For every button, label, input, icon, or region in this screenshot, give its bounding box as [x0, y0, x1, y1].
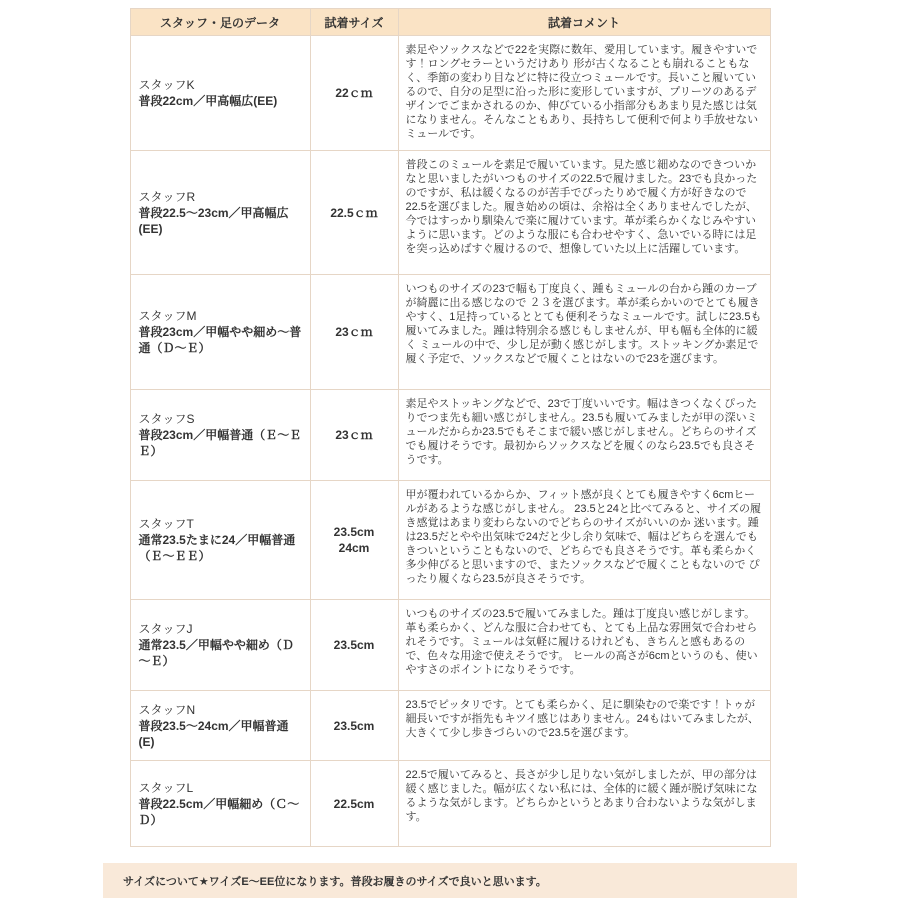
staff-foot-data: 普段23cm／甲幅やや細め～普通（Ｄ～Ｅ） [139, 324, 304, 356]
try-size-value: 23.5cm [312, 524, 397, 540]
staff-name: スタッフT [139, 516, 304, 532]
staff-foot-data: 通常23.5たまに24／甲幅普通（Ｅ～ＥＥ） [139, 532, 304, 564]
size-cell: 22.5ｃｍ [310, 151, 398, 275]
header-try-size: 試着サイズ [310, 9, 398, 36]
size-note-bar: サイズについて★ワイズE～EE位になります。普段お履きのサイズで良いと思います。 [103, 863, 797, 898]
staff-name: スタッフM [139, 308, 304, 324]
staff-name: スタッフL [139, 780, 304, 796]
try-size-value: 23ｃｍ [312, 324, 397, 340]
staff-cell: スタッフS 普段23cm／甲幅普通（Ｅ～ＥＥ） [130, 390, 310, 481]
size-cell: 23ｃｍ [310, 275, 398, 390]
staff-name: スタッフR [139, 189, 304, 205]
table-row: スタッフJ 通常23.5／甲幅やや細め（Ｄ～Ｅ） 23.5cm いつものサイズの… [130, 600, 770, 691]
staff-cell: スタッフK 普段22cm／甲高幅広(EE) [130, 36, 310, 151]
fitting-table: スタッフ・足のデータ 試着サイズ 試着コメント スタッフK 普段22cm／甲高幅… [130, 8, 771, 847]
staff-cell: スタッフM 普段23cm／甲幅やや細め～普通（Ｄ～Ｅ） [130, 275, 310, 390]
staff-name: スタッフK [139, 77, 304, 93]
staff-foot-data: 普段22.5～23cm／甲高幅広(EE) [139, 205, 304, 237]
comment-cell: 22.5で履いてみると、長さが少し足りない気がしましたが、甲の部分は緩く感じまし… [398, 761, 770, 847]
size-cell: 23ｃｍ [310, 390, 398, 481]
comment-cell: 素足やストッキングなどで、23で丁度いいです。幅はきつくなくぴったりでつま先も細… [398, 390, 770, 481]
header-staff-data: スタッフ・足のデータ [130, 9, 310, 36]
try-size-value-2: 24cm [312, 540, 397, 556]
table-row: スタッフR 普段22.5～23cm／甲高幅広(EE) 22.5ｃｍ 普段このミュ… [130, 151, 770, 275]
table-row: スタッフN 普段23.5～24cm／甲幅普通(E) 23.5cm 23.5でピッ… [130, 691, 770, 761]
try-size-value: 23ｃｍ [312, 427, 397, 443]
comment-cell: 素足やソックスなどで22を実際に数年、愛用しています。履きやすいです！ロングセラ… [398, 36, 770, 151]
staff-foot-data: 普段23cm／甲幅普通（Ｅ～ＥＥ） [139, 427, 304, 459]
try-size-value: 23.5cm [312, 718, 397, 734]
comment-cell: 23.5でピッタリです。とても柔らかく、足に馴染むので楽です！トゥが細長いですが… [398, 691, 770, 761]
staff-cell: スタッフT 通常23.5たまに24／甲幅普通（Ｅ～ＥＥ） [130, 481, 310, 600]
size-cell: 23.5cm [310, 691, 398, 761]
table-row: スタッフL 普段22.5cm／甲幅細め（Ｃ～Ｄ） 22.5cm 22.5で履いて… [130, 761, 770, 847]
size-cell: 23.5cm 24cm [310, 481, 398, 600]
table-header-row: スタッフ・足のデータ 試着サイズ 試着コメント [130, 9, 770, 36]
try-size-value: 22.5ｃｍ [312, 205, 397, 221]
staff-name: スタッフJ [139, 621, 304, 637]
table-row: スタッフK 普段22cm／甲高幅広(EE) 22ｃｍ 素足やソックスなどで22を… [130, 36, 770, 151]
size-cell: 22.5cm [310, 761, 398, 847]
staff-foot-data: 普段22.5cm／甲幅細め（Ｃ～Ｄ） [139, 796, 304, 828]
size-cell: 22ｃｍ [310, 36, 398, 151]
staff-name: スタッフN [139, 702, 304, 718]
table-row: スタッフT 通常23.5たまに24／甲幅普通（Ｅ～ＥＥ） 23.5cm 24cm… [130, 481, 770, 600]
comment-cell: いつものサイズの23.5で履いてみました。踵は丁度良い感じがします。革も柔らかく… [398, 600, 770, 691]
try-size-value: 23.5cm [312, 637, 397, 653]
header-try-comment: 試着コメント [398, 9, 770, 36]
staff-cell: スタッフN 普段23.5～24cm／甲幅普通(E) [130, 691, 310, 761]
page: スタッフ・足のデータ 試着サイズ 試着コメント スタッフK 普段22cm／甲高幅… [0, 0, 900, 900]
staff-cell: スタッフL 普段22.5cm／甲幅細め（Ｃ～Ｄ） [130, 761, 310, 847]
table-row: スタッフM 普段23cm／甲幅やや細め～普通（Ｄ～Ｅ） 23ｃｍ いつものサイズ… [130, 275, 770, 390]
try-size-value: 22.5cm [312, 796, 397, 812]
staff-name: スタッフS [139, 411, 304, 427]
staff-foot-data: 普段22cm／甲高幅広(EE) [139, 93, 304, 109]
table-row: スタッフS 普段23cm／甲幅普通（Ｅ～ＥＥ） 23ｃｍ 素足やストッキングなど… [130, 390, 770, 481]
staff-foot-data: 普段23.5～24cm／甲幅普通(E) [139, 718, 304, 750]
comment-cell: 普段このミュールを素足で履いています。見た感じ細めなのできついかなと思いましたが… [398, 151, 770, 275]
staff-foot-data: 通常23.5／甲幅やや細め（Ｄ～Ｅ） [139, 637, 304, 669]
size-cell: 23.5cm [310, 600, 398, 691]
staff-cell: スタッフJ 通常23.5／甲幅やや細め（Ｄ～Ｅ） [130, 600, 310, 691]
staff-cell: スタッフR 普段22.5～23cm／甲高幅広(EE) [130, 151, 310, 275]
comment-cell: いつものサイズの23で幅も丁度良く、踵もミュールの台から踵のカーブが綺麗に出る感… [398, 275, 770, 390]
comment-cell: 甲が覆われているからか、フィット感が良くとても履きやすく6cmヒールがあるような… [398, 481, 770, 600]
size-note-text: サイズについて★ワイズE～EE位になります。普段お履きのサイズで良いと思います。 [123, 873, 547, 889]
try-size-value: 22ｃｍ [312, 85, 397, 101]
